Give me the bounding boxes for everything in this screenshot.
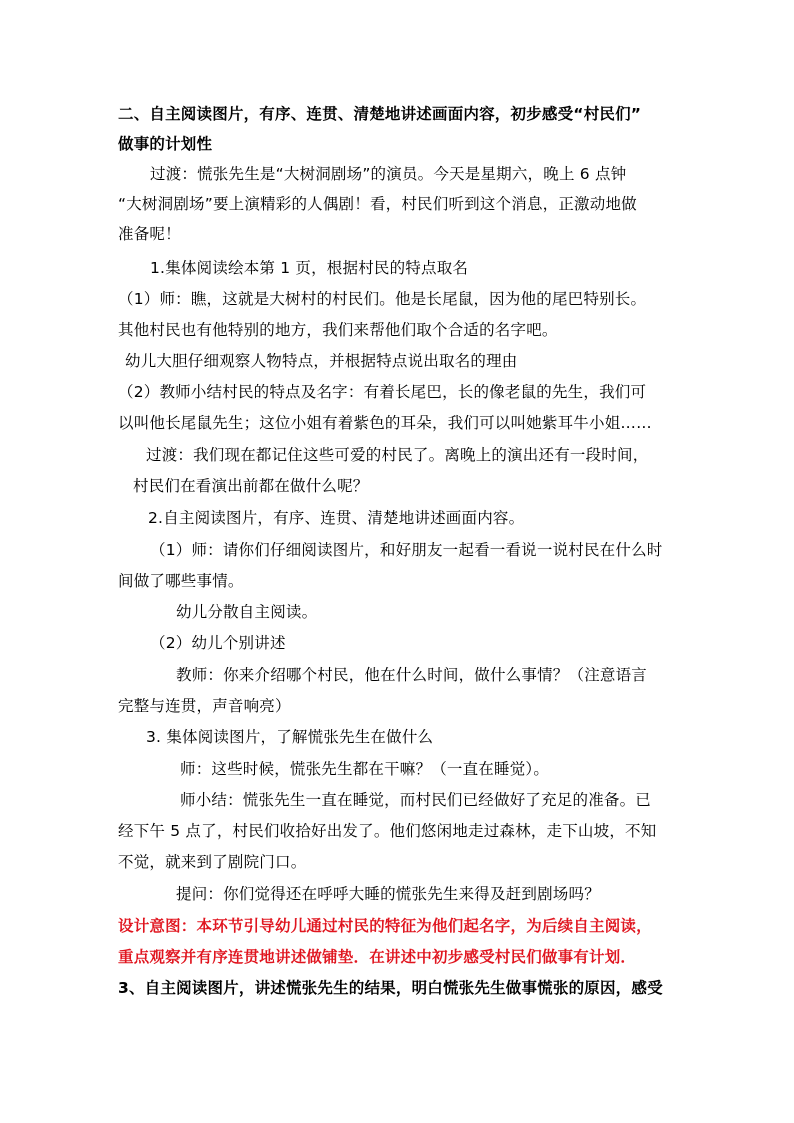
body-text-line: 以叫他长尾鼠先生；这位小姐有着紫色的耳朵，我们可以叫她紫耳牛小姐…… <box>118 413 652 433</box>
design-intent-line: 重点观察并有序连贯地讲述做铺垫．在讲述中初步感受村民们做事有计划． <box>118 947 636 967</box>
body-text-line: 过渡：慌张先生是“大树洞剧场”的演员。今天是星期六，晚上 6 点钟 <box>150 164 626 184</box>
body-text-line: 不觉，就来到了剧院门口。 <box>118 852 306 872</box>
body-text-line: 完整与连贯，声音响亮） <box>118 696 291 716</box>
body-text-line: 1.集体阅读绘本第 1 页，根据村民的特点取名 <box>150 258 468 278</box>
body-text-line: “大树洞剧场”要上演精彩的人偶剧！看，村民们听到这个消息，正激动地做 <box>118 194 637 214</box>
body-text-line: （1）师：请你们仔细阅读图片，和好朋友一起看一看说一说村民在什么时 <box>150 540 662 560</box>
body-text-line: 其他村民也有他特别的地方，我们来帮他们取个合适的名字吧。 <box>118 320 558 340</box>
body-text-line: 经下午 5 点了，村民们收拾好出发了。他们悠闲地走过森林，走下山坡，不知 <box>118 821 656 841</box>
body-text-line: 师：这些时候，慌张先生都在干嘛？（一直在睡觉）。 <box>180 759 549 779</box>
body-text-line: 过渡：我们现在都记住这些可爱的村民了。离晚上的演出还有一段时间， <box>146 445 648 465</box>
body-text-line: 师小结：慌张先生一直在睡觉，而村民们已经做好了充足的准备。已 <box>180 790 651 810</box>
body-text-line: 3. 集体阅读图片，了解慌张先生在做什么 <box>146 727 433 747</box>
body-text-line: 2.自主阅读图片，有序、连贯、清楚地讲述画面内容。 <box>148 508 524 528</box>
body-text-line: （2）幼儿个别讲述 <box>150 633 286 653</box>
design-intent-line: 设计意图：本环节引导幼儿通过村民的特征为他们起名字，为后续自主阅读， <box>118 916 652 936</box>
section-heading-line: 做事的计划性 <box>118 134 212 154</box>
body-text-line: 提问：你们觉得还在呼呼大睡的慌张先生来得及赶到剧场吗？ <box>176 884 600 904</box>
section-heading-line: 3、自主阅读图片，讲述慌张先生的结果，明白慌张先生做事慌张的原因，感受 <box>118 978 663 998</box>
section-heading-line: 二、自主阅读图片，有序、连贯、清楚地讲述画面内容，初步感受“村民们” <box>118 104 641 124</box>
body-text-line: 幼儿分散自主阅读。 <box>176 602 317 622</box>
body-text-line: （1）师：瞧，这就是大树村的村民们。他是长尾鼠，因为他的尾巴特别长。 <box>118 289 646 309</box>
body-text-line: （2）教师小结村民的特点及名字：有着长尾巴，长的像老鼠的先生，我们可 <box>118 382 646 402</box>
body-text-line: 村民们在看演出前都在做什么呢？ <box>133 476 369 496</box>
document-page: 二、自主阅读图片，有序、连贯、清楚地讲述画面内容，初步感受“村民们”做事的计划性… <box>0 0 794 1123</box>
body-text-line: 间做了哪些事情。 <box>118 571 244 591</box>
body-text-line: 幼儿大胆仔细观察人物特点，并根据特点说出取名的理由 <box>125 351 518 371</box>
body-text-line: 准备呢！ <box>118 224 181 244</box>
body-text-line: 教师：你来介绍哪个村民，他在什么时间，做什么事情？（注意语言 <box>176 665 647 685</box>
